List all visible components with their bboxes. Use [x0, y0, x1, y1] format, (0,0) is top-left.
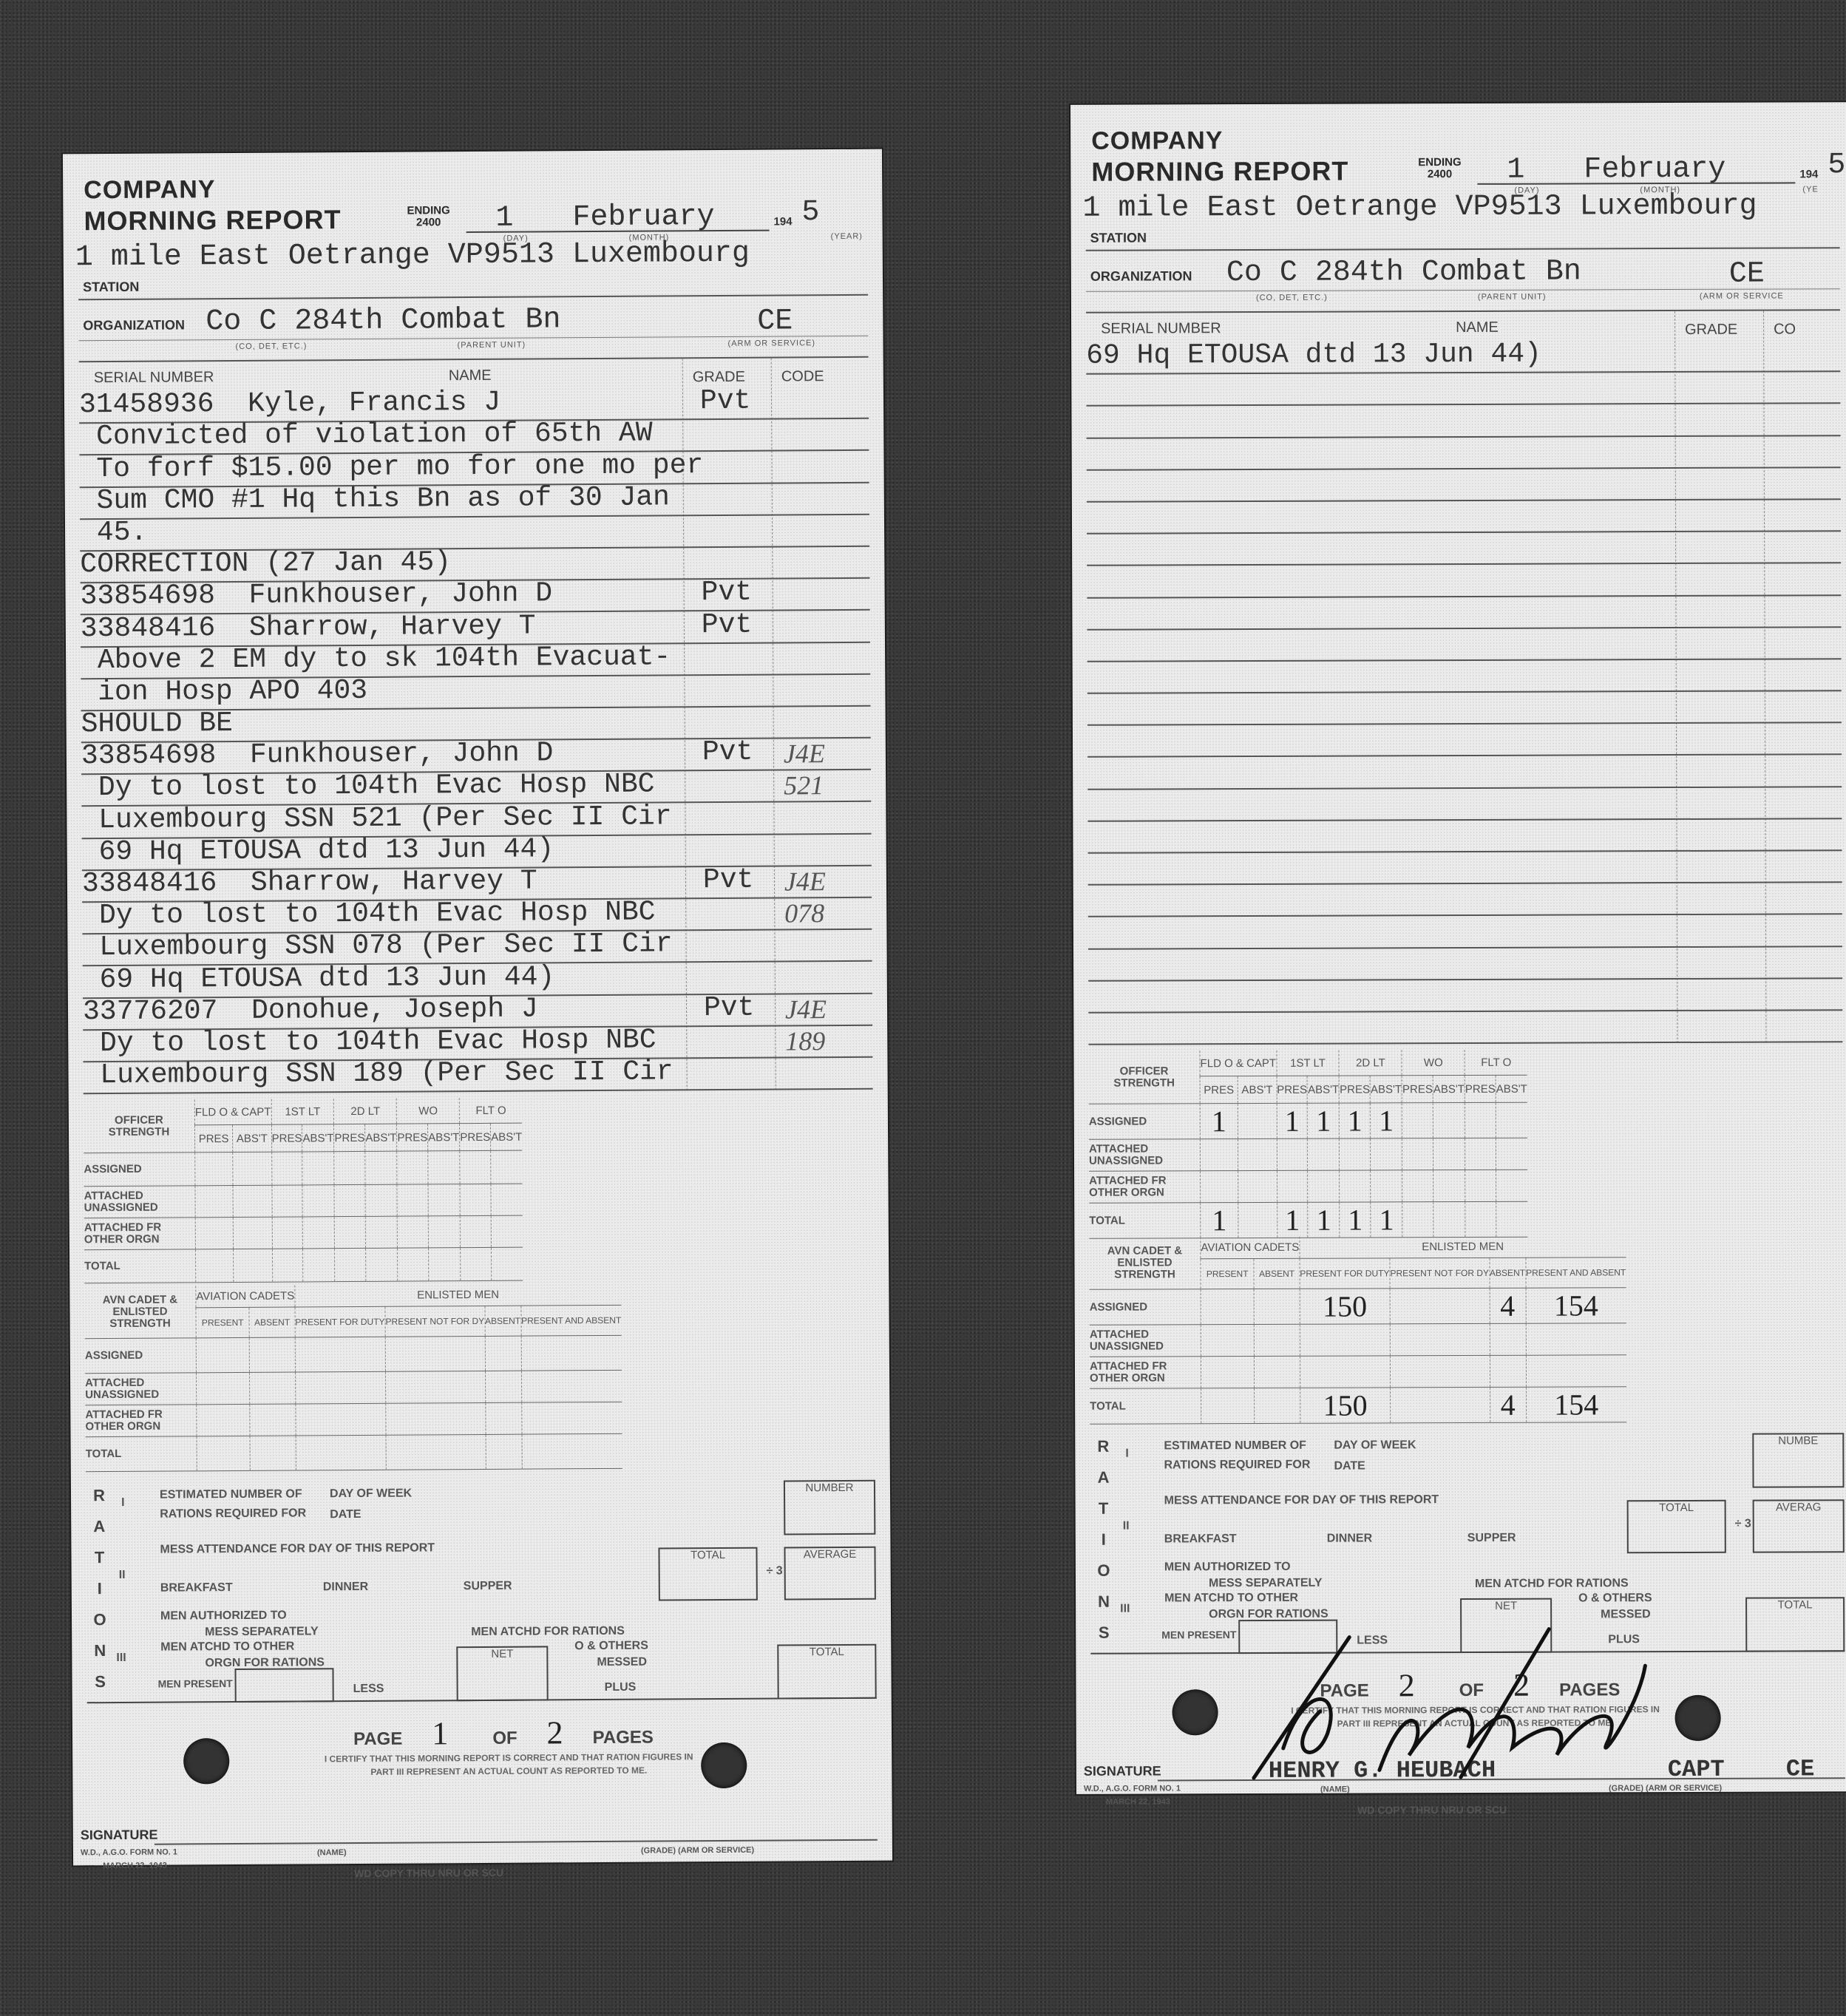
report-day: 1 [495, 202, 513, 235]
breakfast-field[interactable]: BREAKFAST [1164, 1533, 1237, 1546]
enlisted-count-cell[interactable] [197, 1405, 251, 1436]
rations-letter: R [1093, 1431, 1113, 1462]
officer-count-cell[interactable] [1402, 1170, 1433, 1202]
rations-letter: O [90, 1604, 109, 1635]
enlisted-strength-title: AVN CADET & ENLISTED STRENGTH [1089, 1238, 1201, 1290]
entry-grade: Pvt [700, 385, 751, 417]
binder-hole-left [1172, 1690, 1218, 1736]
entry-code: 521 [784, 770, 824, 801]
entry-line[interactable] [1088, 883, 1842, 917]
enlisted-count-cell[interactable] [1390, 1289, 1490, 1324]
officer-count-cell[interactable] [398, 1216, 429, 1248]
officer-count-cell[interactable] [460, 1216, 491, 1248]
year-prefix: 194 [1799, 168, 1818, 180]
enlisted-col-header: PRESENT NOT FOR DY [1390, 1258, 1490, 1289]
binder-hole-left [183, 1738, 229, 1784]
officer-count-cell[interactable] [195, 1186, 233, 1218]
entry-line[interactable]: 69 Hq ETOUSA dtd 13 Jun 44) [1086, 340, 1840, 375]
officer-count-cell[interactable] [1496, 1103, 1527, 1138]
enlisted-count-cell[interactable] [386, 1403, 486, 1436]
enlisted-strength-row: TOTAL [86, 1434, 622, 1472]
entry-text: 69 Hq ETOUSA dtd 13 Jun 44) [83, 961, 555, 996]
officer-strength-row: ATTACHED UNASSIGNED [1089, 1138, 1527, 1172]
entry-text: Luxembourg SSN 078 (Per Sec II Cir [82, 929, 672, 964]
entry-line[interactable] [1087, 659, 1842, 694]
officer-count-cell[interactable] [271, 1185, 302, 1217]
enlisted-count-cell[interactable]: 4 [1490, 1388, 1526, 1423]
entry-line[interactable]: Above 2 EM dy to sk 104th Evacuat- [81, 642, 870, 679]
row-label: ATTACHED FR OTHER ORGN [1089, 1171, 1201, 1204]
officer-count-cell[interactable] [1433, 1103, 1465, 1138]
officer-count-cell[interactable] [460, 1184, 491, 1216]
enlisted-count-cell[interactable] [1526, 1323, 1626, 1355]
officer-subcol-header: ABS'T [491, 1124, 523, 1151]
officer-count-cell[interactable] [397, 1151, 428, 1184]
average-box[interactable]: AVERAG [1753, 1500, 1845, 1553]
officer-subcol-header: ABS'T [1238, 1076, 1277, 1104]
organization-label: ORGANIZATION [1090, 268, 1192, 284]
officer-count-cell[interactable] [366, 1249, 398, 1282]
entry-text: SHOULD BE [81, 707, 233, 740]
column-name: NAME [449, 367, 492, 384]
officer-count-cell[interactable] [428, 1184, 460, 1216]
officer-count-cell[interactable] [233, 1153, 272, 1186]
officer-count-cell[interactable] [1496, 1202, 1528, 1238]
entry-line[interactable] [1087, 691, 1842, 726]
enlisted-count-cell[interactable] [1255, 1325, 1300, 1357]
copy-note: WD COPY THRU NRU OR SCU [354, 1867, 503, 1879]
organization-unit[interactable]: Co C 284th Combat Bn [206, 303, 560, 339]
report-month: February [1584, 153, 1725, 187]
rations-total-box[interactable]: TOTAL [777, 1644, 876, 1700]
enlisted-col-header: PRESENT FOR DUTY [1300, 1258, 1390, 1289]
officer-count-cell[interactable] [1465, 1138, 1496, 1170]
officer-count-cell[interactable] [397, 1184, 428, 1216]
rations-total-box[interactable]: TOTAL [1745, 1598, 1845, 1652]
entry-text: 33854698 Funkhouser, John D [80, 578, 552, 613]
enlisted-count-cell[interactable] [1255, 1357, 1300, 1388]
ending-text: ENDING [407, 205, 449, 217]
officer-count-cell[interactable] [429, 1248, 461, 1281]
enlisted-col-header: PRESENT FOR DUTY [295, 1307, 385, 1338]
men-atchd-other-label: MEN ATCHD TO OTHER [160, 1640, 294, 1654]
report-date-field[interactable]: 1February1945 [466, 200, 769, 234]
enlisted-count-cell[interactable]: 154 [1526, 1288, 1626, 1323]
mess-separately-field[interactable]: MESS SEPARATELY [205, 1626, 319, 1640]
officer-count-cell[interactable] [1433, 1138, 1465, 1170]
officer-count-cell[interactable] [1433, 1202, 1465, 1238]
officer-count-cell[interactable] [1465, 1202, 1496, 1238]
day-of-week-field[interactable]: DAY OF WEEK [1334, 1439, 1416, 1453]
officer-count-cell[interactable] [303, 1249, 335, 1282]
officer-count-cell[interactable]: 1 [1340, 1103, 1371, 1138]
breakfast-field[interactable]: BREAKFAST [160, 1581, 233, 1595]
organization-label: ORGANIZATION [83, 317, 185, 333]
officer-count-cell[interactable] [1496, 1170, 1528, 1202]
signature-label: SIGNATURE [1084, 1764, 1161, 1779]
entry-text: Sum CMO #1 Hq this Bn as of 30 Jan [80, 481, 670, 517]
enlisted-count-cell[interactable] [250, 1372, 296, 1404]
entry-line[interactable] [1088, 1011, 1842, 1045]
officer-count-cell[interactable] [365, 1185, 397, 1217]
men-authorized-label: MEN AUTHORIZED TO [160, 1609, 287, 1623]
row-label: ATTACHED FR OTHER ORGN [1090, 1357, 1201, 1389]
supper-field[interactable]: SUPPER [464, 1580, 512, 1593]
mess-total-box[interactable]: TOTAL [1627, 1500, 1726, 1553]
enlisted-count-cell[interactable] [197, 1373, 251, 1405]
grade-caption: (GRADE) (ARM OR SERVICE) [641, 1846, 754, 1856]
officer-count-cell[interactable] [428, 1151, 460, 1184]
entry-line[interactable] [1087, 436, 1841, 471]
entry-line[interactable] [1087, 596, 1841, 631]
column-serial-number: SERIAL NUMBER [1101, 320, 1221, 338]
officer-count-cell[interactable] [366, 1217, 398, 1249]
entry-line[interactable] [1087, 819, 1842, 854]
officer-count-cell[interactable] [1277, 1139, 1308, 1171]
enlisted-count-cell[interactable] [385, 1371, 485, 1404]
officer-count-cell[interactable]: 1 [1371, 1202, 1402, 1238]
officer-count-cell[interactable] [233, 1186, 272, 1218]
enlisted-col-header: ABSENT [1489, 1258, 1525, 1289]
officer-count-cell[interactable]: 1 [1201, 1203, 1238, 1238]
enlisted-count-cell[interactable] [295, 1372, 385, 1405]
date-field[interactable]: DATE [330, 1508, 361, 1521]
pages-label: PAGES [593, 1728, 654, 1748]
enlisted-count-cell[interactable] [485, 1371, 521, 1403]
officer-group-header: 2D LT [1339, 1051, 1402, 1076]
officer-count-cell[interactable] [1340, 1170, 1371, 1202]
officer-count-cell[interactable] [1200, 1139, 1238, 1171]
divider [78, 294, 868, 301]
row-label: ASSIGNED [1090, 1289, 1201, 1326]
enlisted-col-header: PRESENT AND ABSENT [520, 1306, 621, 1337]
officer-count-cell[interactable] [1238, 1104, 1277, 1139]
day-of-week-field[interactable]: DAY OF WEEK [330, 1487, 412, 1501]
row-label: ATTACHED UNASSIGNED [1090, 1325, 1201, 1357]
officer-strength-table: OFFICER STRENGTHFLD O & CAPT1ST LT2D LTW… [1088, 1050, 1527, 1239]
entry-line[interactable]: Luxembourg SSN 189 (Per Sec II Cir [83, 1058, 872, 1095]
officer-count-cell[interactable] [195, 1153, 233, 1186]
enlisted-count-cell[interactable] [1526, 1355, 1626, 1387]
enlisted-count-cell[interactable] [1490, 1356, 1526, 1388]
entry-text: 69 Hq ETOUSA dtd 13 Jun 44) [1086, 339, 1541, 372]
officer-count-cell[interactable] [303, 1217, 335, 1249]
row-label: ASSIGNED [1089, 1104, 1201, 1140]
enlisted-strength-table: AVN CADET & ENLISTED STRENGTHAVIATION CA… [84, 1283, 622, 1472]
rations-section: RATIONSIIIIIIESTIMATED NUMBER OFRATIONS … [1090, 1429, 1845, 1655]
officer-count-cell[interactable]: 1 [1308, 1103, 1340, 1138]
entry-line[interactable]: 45. [80, 515, 869, 552]
officer-count-cell[interactable]: 1 [1371, 1103, 1402, 1138]
officer-count-cell[interactable] [1371, 1170, 1402, 1202]
officer-count-cell[interactable] [1371, 1138, 1402, 1170]
entry-line[interactable] [1088, 947, 1842, 982]
rations-letter: O [1094, 1555, 1113, 1586]
entry-text: CORRECTION (27 Jan 45) [80, 546, 451, 580]
officer-count-cell[interactable] [1277, 1171, 1308, 1203]
officer-count-cell[interactable] [302, 1152, 334, 1185]
officer-count-cell[interactable] [1238, 1171, 1277, 1203]
officer-count-cell[interactable] [1402, 1138, 1433, 1170]
entry-text: Dy to lost to 104th Evac Hosp NBC [82, 897, 656, 932]
organization-unit[interactable]: Co C 284th Combat Bn [1226, 255, 1581, 290]
enlisted-count-cell[interactable] [1300, 1356, 1390, 1388]
section-i: I [121, 1496, 125, 1510]
men-atchd-rations-label: MEN ATCHD FOR RATIONS [471, 1625, 625, 1639]
enlisted-count-cell[interactable] [1201, 1325, 1254, 1357]
men-present-label: MEN PRESENT [158, 1677, 233, 1690]
report-year: 5 [801, 196, 819, 229]
organization-arm[interactable]: CE [1729, 258, 1765, 291]
form-date: MARCH 22, 1943 [103, 1861, 167, 1871]
officer-count-cell[interactable] [272, 1249, 303, 1282]
officer-count-cell[interactable] [491, 1216, 523, 1248]
officer-subcol-header: PRES [1340, 1076, 1371, 1103]
officer-group-header: FLD O & CAPT [1200, 1051, 1277, 1076]
entry-line[interactable]: Sum CMO #1 Hq this Bn as of 30 Jan [80, 483, 869, 520]
officer-count-cell[interactable] [334, 1152, 365, 1185]
rations-letter: T [89, 1542, 109, 1573]
officer-count-cell[interactable] [272, 1217, 303, 1249]
enlisted-count-cell[interactable] [250, 1436, 296, 1470]
enlisted-count-cell[interactable] [295, 1337, 385, 1373]
station-value[interactable]: 1 mile East Oetrange VP9513 Luxembourg [75, 237, 750, 275]
men-atchd-other-label: MEN ATCHD TO OTHER [1164, 1592, 1298, 1606]
enlisted-count-cell[interactable] [1255, 1388, 1300, 1424]
men-present-label: MEN PRESENT [1161, 1629, 1236, 1640]
entry-lines: 69 Hq ETOUSA dtd 13 Jun 44) [1086, 340, 1842, 1045]
dinner-field[interactable]: DINNER [323, 1581, 368, 1594]
parent-caption: (PARENT UNIT) [1478, 293, 1547, 302]
entry-lines: 31458936 Kyle, Francis JPvt Convicted of… [79, 387, 873, 1095]
enlisted-count-cell[interactable] [1201, 1357, 1254, 1388]
entry-line[interactable] [1087, 500, 1841, 534]
entry-line[interactable] [1087, 628, 1841, 662]
officer-count-cell[interactable] [334, 1185, 365, 1217]
officer-count-cell[interactable] [492, 1248, 523, 1281]
enlisted-strength-row: ASSIGNED1504154 [1090, 1288, 1626, 1326]
column-serial-number: SERIAL NUMBER [94, 369, 214, 387]
enlisted-count-cell[interactable] [1390, 1356, 1490, 1388]
entry-line[interactable] [1087, 564, 1841, 599]
station-value[interactable]: 1 mile East Oetrange VP9513 Luxembourg [1082, 190, 1757, 225]
enlisted-count-cell[interactable] [250, 1337, 296, 1372]
officer-subcol-header: PRES [1465, 1076, 1496, 1103]
enlisted-count-cell[interactable] [1201, 1289, 1254, 1325]
enlisted-count-cell[interactable] [197, 1436, 251, 1471]
officer-count-cell[interactable]: 1 [1308, 1202, 1340, 1238]
officer-strength-row: TOTAL [84, 1248, 523, 1284]
enlisted-count-cell[interactable] [250, 1404, 296, 1436]
enlisted-count-cell[interactable] [485, 1403, 521, 1435]
enlisted-count-cell[interactable] [386, 1435, 486, 1470]
entry-line[interactable] [1088, 915, 1842, 950]
entry-line[interactable]: ion Hosp APO 403 [81, 674, 870, 711]
entry-text: Dy to lost to 104th Evac Hosp NBC [81, 769, 655, 804]
officer-strength-row: TOTAL11111 [1089, 1202, 1527, 1239]
officer-count-cell[interactable] [335, 1249, 366, 1282]
officer-count-cell[interactable] [365, 1152, 397, 1185]
entry-text: Convicted of violation of 65th AW [79, 418, 653, 453]
organization-arm[interactable]: CE [757, 305, 793, 338]
form-title-morning-report: MORNING REPORT [84, 204, 341, 237]
officer-group-header: FLT O [460, 1098, 523, 1124]
entry-text: 45. [80, 517, 147, 549]
enlisted-count-cell[interactable] [196, 1338, 250, 1373]
rations-letter: S [90, 1666, 109, 1697]
entry-text: To forf $15.00 per mo for one mo per [79, 449, 703, 485]
officer-count-cell[interactable]: 1 [1277, 1203, 1308, 1238]
row-label: ATTACHED UNASSIGNED [84, 1186, 195, 1218]
divider [79, 356, 869, 363]
enlisted-count-cell[interactable] [485, 1337, 521, 1371]
enlisted-strength-row: ATTACHED UNASSIGNED [85, 1371, 622, 1405]
signature-label: SIGNATURE [81, 1827, 158, 1844]
entry-line[interactable] [1088, 979, 1842, 1014]
entry-line[interactable] [1087, 468, 1841, 503]
binder-hole-right [1675, 1695, 1721, 1741]
number-box[interactable]: NUMBER [784, 1480, 875, 1535]
officer-group-header: FLD O & CAPT [194, 1099, 271, 1125]
entry-line[interactable] [1086, 372, 1840, 407]
officer-subcol-header: PRES [194, 1125, 232, 1153]
officer-count-cell[interactable] [1465, 1103, 1496, 1138]
enlisted-col-header: PRESENT AND ABSENT [1525, 1258, 1626, 1288]
aviation-cadets-header: AVIATION CADETS [196, 1286, 295, 1308]
enlisted-count-cell[interactable]: 150 [1300, 1289, 1390, 1324]
mess-total-box[interactable]: TOTAL [658, 1547, 757, 1601]
officer-count-cell[interactable] [335, 1217, 366, 1249]
officer-count-cell[interactable] [460, 1151, 491, 1184]
enlisted-count-cell[interactable] [296, 1404, 386, 1436]
officer-count-cell[interactable] [428, 1216, 460, 1248]
ending-time: 2400 [1418, 169, 1461, 180]
form-title-company: COMPANY [1091, 126, 1223, 156]
entry-line[interactable] [1087, 756, 1842, 790]
officer-count-cell[interactable] [1308, 1138, 1340, 1170]
aviation-cadets-header: AVIATION CADETS [1201, 1237, 1300, 1259]
officer-count-cell[interactable] [1402, 1202, 1433, 1238]
column-code: CODE [781, 368, 824, 385]
officer-count-cell[interactable] [1308, 1170, 1340, 1202]
men-present-box[interactable] [234, 1669, 333, 1703]
enlisted-count-cell[interactable]: 4 [1490, 1289, 1526, 1324]
date-field[interactable]: DATE [1334, 1460, 1365, 1473]
enlisted-col-header: PRESENT NOT FOR DY [385, 1306, 485, 1337]
enlisted-count-cell[interactable] [385, 1337, 485, 1372]
enlisted-count-cell[interactable] [1390, 1324, 1490, 1356]
enlisted-count-cell[interactable] [1201, 1388, 1255, 1424]
enlisted-count-cell[interactable] [522, 1434, 622, 1470]
officer-count-cell[interactable] [461, 1248, 492, 1281]
officer-count-cell[interactable] [302, 1185, 334, 1217]
report-date-field[interactable]: 1February1945 [1477, 152, 1795, 185]
officer-count-cell[interactable] [195, 1218, 233, 1249]
officer-count-cell[interactable] [491, 1184, 523, 1216]
officer-count-cell[interactable]: 1 [1340, 1202, 1371, 1238]
enlisted-count-cell[interactable] [486, 1435, 522, 1470]
enlisted-count-cell[interactable] [521, 1371, 622, 1403]
officer-count-cell[interactable] [1340, 1138, 1371, 1170]
enlisted-count-cell[interactable] [521, 1402, 622, 1435]
officer-count-cell[interactable] [1201, 1171, 1238, 1203]
officer-strength-row: ASSIGNED [84, 1151, 522, 1187]
page-current: 1 [432, 1716, 448, 1752]
officer-group-header: 1ST LT [1277, 1051, 1340, 1076]
entry-line[interactable] [1087, 787, 1842, 822]
officer-count-cell[interactable] [233, 1218, 272, 1249]
officer-count-cell[interactable]: 1 [1277, 1104, 1308, 1139]
dinner-field[interactable]: DINNER [1327, 1533, 1372, 1546]
officer-subcol-header: ABS'T [302, 1124, 334, 1152]
officer-count-cell[interactable] [1402, 1103, 1433, 1138]
officer-count-cell[interactable] [1238, 1139, 1277, 1171]
rations-required-label: RATIONS REQUIRED FOR [1164, 1459, 1310, 1473]
enlisted-col-header: PRESENT [1201, 1259, 1254, 1289]
entry-line[interactable] [1086, 404, 1840, 439]
enlisted-count-cell[interactable]: 154 [1526, 1387, 1626, 1422]
officer-count-cell[interactable] [1465, 1170, 1496, 1202]
enlisted-count-cell[interactable] [1390, 1388, 1490, 1423]
officer-count-cell[interactable] [491, 1151, 523, 1184]
form-date: MARCH 22, 1943 [1106, 1798, 1170, 1807]
average-box[interactable]: AVERAGE [784, 1547, 875, 1601]
enlisted-count-cell[interactable]: 150 [1300, 1388, 1390, 1423]
enlisted-count-cell[interactable] [296, 1436, 386, 1471]
enlisted-count-cell[interactable] [1254, 1289, 1300, 1325]
officer-strength-row: ASSIGNED11111 [1089, 1103, 1527, 1140]
estimated-label: ESTIMATED NUMBER OF [160, 1488, 302, 1502]
others-label: O & OTHERS [1578, 1592, 1652, 1606]
number-box[interactable]: NUMBE [1752, 1433, 1844, 1488]
arm-caption: (ARM OR SERVICE) [727, 339, 815, 348]
mess-separately-field[interactable]: MESS SEPARATELY [1209, 1577, 1323, 1591]
certification-text: I CERTIFY THAT THIS MORNING REPORT IS CO… [316, 1751, 701, 1779]
entry-text: Above 2 EM dy to sk 104th Evacuat- [81, 641, 671, 676]
entry-code: J4E [785, 994, 827, 1025]
entry-line[interactable] [1088, 851, 1842, 886]
officer-count-cell[interactable]: 1 [1200, 1104, 1238, 1139]
officer-count-cell[interactable] [234, 1249, 273, 1283]
officer-group-header: 2D LT [334, 1099, 397, 1124]
officer-count-cell[interactable] [1238, 1203, 1277, 1238]
entry-line[interactable] [1087, 532, 1841, 566]
enlisted-count-cell[interactable] [1300, 1324, 1390, 1356]
rations-letter: T [1094, 1493, 1113, 1524]
ending-label: ENDING2400 [1418, 157, 1461, 180]
officer-count-cell[interactable] [1433, 1170, 1465, 1202]
officer-group-header: 1ST LT [271, 1099, 334, 1125]
row-label: ATTACHED UNASSIGNED [85, 1373, 197, 1405]
officer-subcol-header: ABS'T [232, 1125, 271, 1153]
officer-count-cell[interactable] [1496, 1138, 1528, 1170]
column-grade: GRADE [1685, 322, 1737, 339]
supper-field[interactable]: SUPPER [1467, 1532, 1516, 1545]
officer-strength-table: OFFICER STRENGTHFLD O & CAPT1ST LT2D LTW… [84, 1098, 523, 1284]
enlisted-count-cell[interactable] [521, 1336, 622, 1371]
entry-line[interactable] [1087, 723, 1842, 758]
officer-count-cell[interactable] [271, 1152, 302, 1185]
row-label: ATTACHED UNASSIGNED [1089, 1139, 1201, 1172]
officer-subcol-header: PRES [271, 1124, 302, 1152]
officer-count-cell[interactable] [398, 1248, 429, 1281]
officer-group-header: WO [1402, 1050, 1465, 1076]
enlisted-men-header: ENLISTED MEN [1300, 1236, 1626, 1259]
enlisted-count-cell[interactable] [1490, 1324, 1526, 1356]
officer-count-cell[interactable] [195, 1249, 233, 1283]
signature-line[interactable] [155, 1839, 878, 1845]
net-box[interactable]: NET [456, 1646, 548, 1702]
